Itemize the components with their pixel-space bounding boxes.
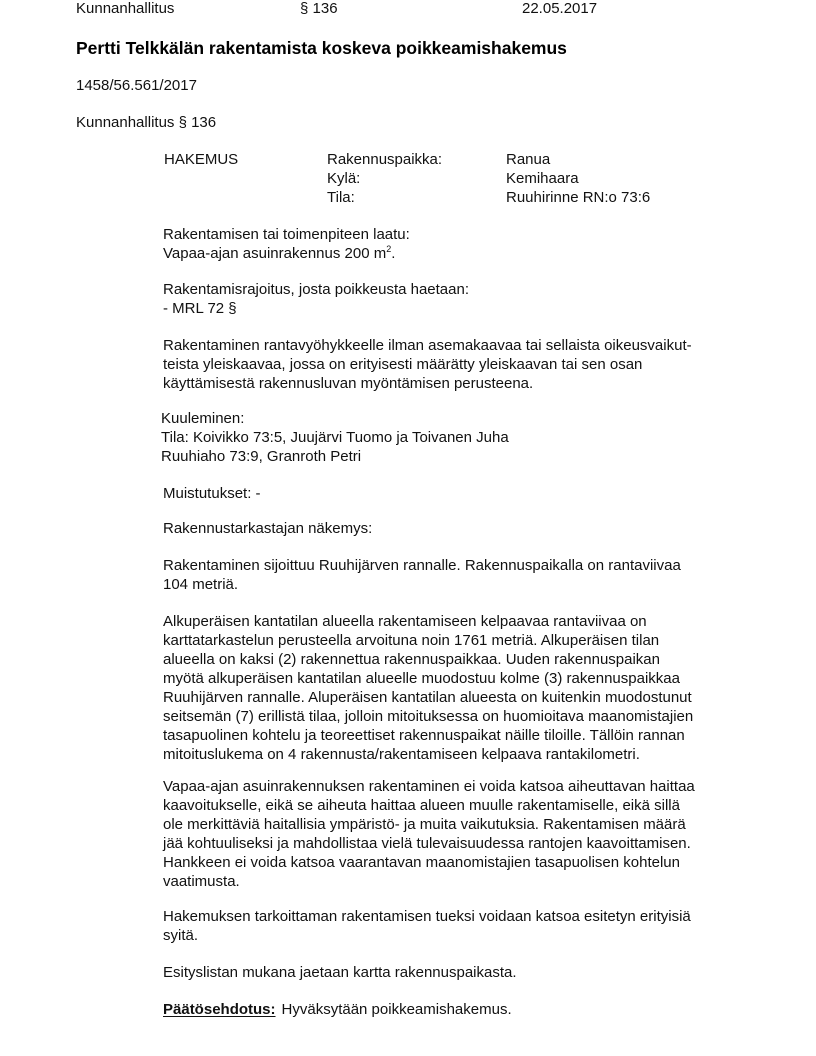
field-value: Kemihaara — [506, 169, 579, 188]
restriction-description: Rakentaminen rantavyöhykkeelle ilman ase… — [163, 336, 743, 393]
field-key: Tila: — [327, 188, 506, 207]
document-title: Pertti Telkkälän rakentamista koskeva po… — [76, 37, 567, 59]
meeting-reference: Kunnanhallitus § 136 — [76, 113, 216, 132]
field-key: Kylä: — [327, 169, 506, 188]
field-row-building-site: Rakennuspaikka: Ranua — [327, 150, 650, 169]
remarks-text: Muistutukset: - — [163, 484, 743, 503]
inspector-paragraph-4: Hakemuksen tarkoittaman rakentamisen tue… — [163, 907, 743, 945]
field-row-estate: Tila: Ruuhirinne RN:o 73:6 — [327, 188, 650, 207]
hearing-line: Ruuhiaho 73:9, Granroth Petri — [161, 447, 741, 466]
header-date: 22.05.2017 — [522, 0, 597, 18]
paragraph-line: Rakentaminen sijoittuu Ruuhijärven ranna… — [163, 556, 743, 575]
inspector-paragraph-3: Vapaa-ajan asuinrakennuksen rakentaminen… — [163, 777, 743, 891]
hearing-line: Tila: Koivikko 73:5, Juujärvi Tuomo ja T… — [161, 428, 741, 447]
field-key: Rakennuspaikka: — [327, 150, 506, 169]
building-type-suffix: . — [391, 245, 395, 262]
hearing-section: Kuuleminen: Tila: Koivikko 73:5, Juujärv… — [161, 409, 741, 466]
inspector-paragraph-1: Rakentaminen sijoittuu Ruuhijärven ranna… — [163, 556, 743, 594]
paragraph-line: Esityslistan mukana jaetaan kartta raken… — [163, 963, 743, 982]
decision-line: Päätösehdotus:Hyväksytään poikkeamishake… — [163, 1000, 743, 1019]
inspector-view-heading: Rakennustarkastajan näkemys: — [163, 519, 743, 538]
field-row-village: Kylä: Kemihaara — [327, 169, 650, 188]
paragraph-line: myötä alkuperäisen kantatilan alueelle m… — [163, 669, 743, 688]
inspector-paragraph-5: Esityslistan mukana jaetaan kartta raken… — [163, 963, 743, 982]
decision-label: Päätösehdotus: — [163, 1001, 276, 1018]
field-value: Ranua — [506, 150, 550, 169]
inspector-view-heading-block: Rakennustarkastajan näkemys: — [163, 519, 743, 538]
inspector-paragraph-2: Alkuperäisen kantatilan alueella rakenta… — [163, 612, 743, 764]
paragraph-line: teista yleiskaavaa, jossa on erityisesti… — [163, 355, 743, 374]
header-organ: Kunnanhallitus — [76, 0, 174, 18]
building-type-heading: Rakentamisen tai toimenpiteen laatu: — [163, 225, 743, 244]
paragraph-line: kaavoitukselle, eikä se aiheuta haittaa … — [163, 796, 743, 815]
restriction-heading: Rakentamisrajoitus, josta poikkeusta hae… — [163, 280, 743, 299]
paragraph-line: 104 metriä. — [163, 575, 743, 594]
field-value: Ruuhirinne RN:o 73:6 — [506, 188, 650, 207]
document-number: 1458/56.561/2017 — [76, 76, 197, 95]
remarks: Muistutukset: - — [163, 484, 743, 503]
paragraph-line: Rakentaminen rantavyöhykkeelle ilman ase… — [163, 336, 743, 355]
building-type-section: Rakentamisen tai toimenpiteen laatu: Vap… — [163, 225, 743, 263]
paragraph-line: alueella on kaksi (2) rakennettua rakenn… — [163, 650, 743, 669]
restriction-value: - MRL 72 § — [163, 299, 743, 318]
header-section: § 136 — [300, 0, 338, 18]
application-fields: Rakennuspaikka: Ranua Kylä: Kemihaara Ti… — [327, 150, 650, 207]
paragraph-line: Hankkeen ei voida katsoa vaarantavan maa… — [163, 853, 743, 872]
paragraph-line: karttatarkastelun perusteella arvoituna … — [163, 631, 743, 650]
paragraph-line: mitoituslukema on 4 rakennusta/rakentami… — [163, 745, 743, 764]
paragraph-line: syitä. — [163, 926, 743, 945]
paragraph-line: tasapuolinen kohtelu ja teoreettiset rak… — [163, 726, 743, 745]
paragraph-line: vaatimusta. — [163, 872, 743, 891]
paragraph-line: ole merkittäviä haitallisia ympäristö- j… — [163, 815, 743, 834]
hearing-heading: Kuuleminen: — [161, 409, 741, 428]
application-label: HAKEMUS — [164, 150, 238, 169]
paragraph-line: Alkuperäisen kantatilan alueella rakenta… — [163, 612, 743, 631]
building-type-text: Vapaa-ajan asuinrakennus 200 m — [163, 245, 386, 262]
decision-text: Hyväksytään poikkeamishakemus. — [282, 1001, 512, 1018]
building-type-value: Vapaa-ajan asuinrakennus 200 m2. — [163, 244, 743, 263]
paragraph-line: Vapaa-ajan asuinrakennuksen rakentaminen… — [163, 777, 743, 796]
decision-proposal: Päätösehdotus:Hyväksytään poikkeamishake… — [163, 1000, 743, 1019]
restriction-section: Rakentamisrajoitus, josta poikkeusta hae… — [163, 280, 743, 318]
paragraph-line: jää kohtuuliseksi ja mahdollistaa vielä … — [163, 834, 743, 853]
paragraph-line: Ruuhijärven rannalle. Aluperäisen kantat… — [163, 688, 743, 707]
paragraph-line: Hakemuksen tarkoittaman rakentamisen tue… — [163, 907, 743, 926]
paragraph-line: seitsemän (7) erillistä tilaa, jolloin m… — [163, 707, 743, 726]
paragraph-line: käyttämisestä rakennusluvan myöntämisen … — [163, 374, 743, 393]
